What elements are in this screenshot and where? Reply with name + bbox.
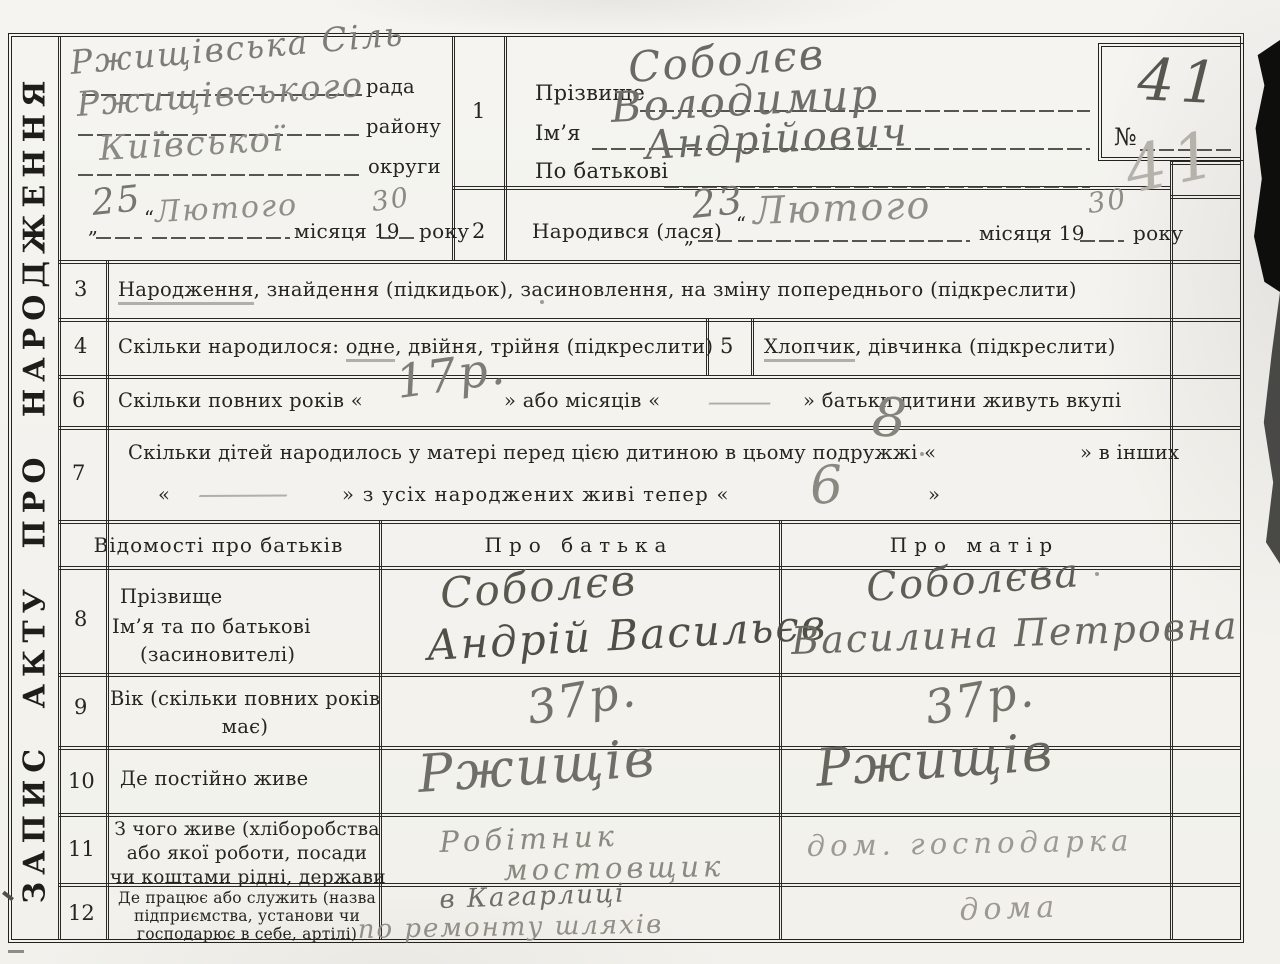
registry-date-year-rule	[380, 237, 414, 239]
registry-okruha-handwriting: Київської	[98, 119, 286, 169]
row10-number: 10	[68, 769, 95, 793]
speck-2	[540, 300, 544, 304]
row3-text-rest: , знайдення (підкидьок), засиновлення, н…	[254, 278, 1077, 301]
registry-line-3-rule	[78, 174, 362, 176]
row7-value1-handwriting: 8	[870, 385, 911, 450]
row6-number: 6	[72, 388, 85, 412]
registry-date-day-rule	[96, 237, 142, 239]
registry-line-2-label: району	[366, 115, 441, 138]
row10-label: Де постійно живе	[120, 767, 308, 790]
act-number-handwriting: 41	[1136, 45, 1225, 117]
row8-bottom-separator	[58, 673, 1240, 677]
row12-number-divider-right	[504, 37, 507, 260]
row12-father-workplace-line1-handwriting: в Кагарлиці	[439, 879, 626, 915]
row9-number: 9	[74, 695, 87, 719]
row9-label-line2: має)	[110, 715, 380, 738]
row8-number: 8	[74, 607, 87, 631]
scanned-birth-record: ЗАПИС АКТУ ПРО НАРОДЖЕННЯ Ржищівська Сіл…	[0, 0, 1280, 964]
torn-edge-artifact-middle	[1262, 292, 1280, 564]
birthdate-close-quote: “	[736, 213, 746, 236]
birthdate-year-rule	[1080, 240, 1124, 242]
row6-months-dash-handwriting: —	[706, 385, 778, 418]
parents-header-mother: Про матір	[779, 533, 1170, 557]
row7-bottom-separator	[58, 520, 1240, 524]
birthdate-year-handwriting: 30	[1085, 182, 1129, 220]
number-column-divider	[106, 260, 109, 939]
birthdate-month-rule	[738, 240, 970, 242]
speck-3	[1095, 572, 1099, 576]
row6-bottom-separator	[58, 426, 1240, 430]
row7-text-4: » з усіх народжених живі тепер «	[342, 483, 730, 506]
row4-number: 4	[74, 334, 87, 358]
row7-text-2: » в інших	[1080, 441, 1179, 464]
speck-4	[920, 452, 924, 456]
row8-father-surname-handwriting: Соболєв	[439, 555, 639, 618]
registry-line-3-label: округи	[368, 155, 441, 178]
row10-bottom-separator	[58, 813, 1240, 817]
birthdate-mid-label: місяця 19	[979, 221, 1085, 245]
registry-date-mid-label: місяця 19	[294, 219, 400, 243]
side-title: ЗАПИС АКТУ ПРО НАРОДЖЕННЯ	[12, 37, 58, 939]
row45-bottom-separator	[58, 375, 1240, 379]
parents-header-info: Відомості про батьків	[58, 533, 379, 557]
row2-bottom-separator	[58, 260, 1240, 264]
row5-text-rest: , дівчинка (підкреслити)	[855, 335, 1115, 358]
row12-number: 12	[68, 901, 95, 925]
row5-text: Хлопчик, дівчинка (підкреслити)	[764, 335, 1116, 358]
row7-text-3: «	[158, 483, 170, 506]
row8-label-line1: Прізвище	[120, 585, 222, 608]
registry-date-close-quote: “	[144, 207, 154, 230]
row7-number: 7	[72, 461, 85, 485]
birthdate-day-rule	[698, 240, 732, 242]
parents-col2-divider	[779, 520, 782, 939]
row3-bottom-separator	[58, 318, 1240, 322]
form-frame: ЗАПИС АКТУ ПРО НАРОДЖЕННЯ Ржищівська Сіл…	[8, 33, 1244, 943]
row11-label-line1: З чого живе (хліборобства	[110, 819, 384, 840]
row5-cell-divider-right	[751, 318, 754, 375]
row3-underlined-word: Народження	[118, 278, 254, 305]
row12-label-line2: підприємства, установи чи	[110, 907, 384, 925]
row8-label-line3: (засиновителі)	[140, 643, 295, 666]
row3-text: Народження, знайдення (підкидьок), засин…	[118, 278, 1077, 301]
row10-father-residence-handwriting: Ржищів	[416, 729, 658, 805]
row12-mother-workplace-handwriting: дома	[959, 890, 1060, 928]
row6-text-3: » батьки дитини живуть вкупі	[803, 389, 1122, 412]
row10-mother-residence-handwriting: Ржищів	[814, 723, 1056, 799]
row7-value3-handwriting: 6	[808, 455, 847, 517]
row11-number: 11	[68, 837, 95, 861]
row11-label-line2: або якої роботи, посади	[110, 843, 384, 864]
row11-label-line3: чи коштами рідні, держави	[110, 867, 384, 888]
right-margin-column-divider	[1170, 161, 1173, 939]
row4-underlined-word: одне	[346, 335, 395, 362]
row12-father-workplace-line2-handwriting: по ремонту шляхів	[357, 910, 663, 945]
row1-number: 1	[472, 99, 485, 123]
birthdate-month-handwriting: Лютого	[752, 183, 932, 233]
registry-date-year-handwriting: 30	[370, 182, 412, 218]
registry-line-1-label: рада	[366, 75, 415, 98]
row3-number: 3	[74, 277, 87, 301]
side-column-divider	[58, 37, 61, 939]
row9-label-line1: Вік (скільки повних років	[110, 687, 380, 710]
registry-date-month-handwriting: Лютого	[154, 188, 299, 230]
row2-number: 2	[472, 219, 485, 243]
row4-text-pre: Скільки народилося:	[118, 335, 346, 358]
speck-1	[742, 150, 746, 154]
parents-header-father: Про батька	[379, 533, 779, 557]
torn-edge-artifact-top	[1254, 40, 1280, 292]
row12-label-line3: господарює в себе, артілі)	[110, 925, 384, 943]
registry-date-end-label: року	[419, 219, 469, 243]
row6-text-1: Скільки повних років «	[118, 389, 363, 412]
row7-value2-dash-handwriting: —	[194, 476, 298, 512]
registry-date-day-handwriting: 25	[90, 178, 144, 224]
birthdate-end-label: року	[1133, 221, 1183, 245]
row6-text-2: » або місяців «	[504, 389, 660, 412]
row11-mother-occupation-handwriting: дом. господарка	[806, 823, 1133, 863]
row7-text-5: »	[928, 483, 940, 506]
row12-label-line1: Де працює або служить (назва	[110, 889, 384, 907]
row8-mother-surname-handwriting: Соболєва	[865, 550, 1082, 611]
name-label: Ім’я	[535, 121, 581, 145]
row5-number: 5	[720, 334, 733, 358]
registry-date-month-rule	[152, 237, 290, 239]
row8-label-line2: Ім’я та по батькові	[112, 615, 311, 638]
side-title-text: ЗАПИС АКТУ ПРО НАРОДЖЕННЯ	[18, 73, 53, 903]
smudge-bottom-left	[8, 950, 24, 953]
birthdate-open-quote: „	[684, 225, 694, 248]
row5-underlined-word: Хлопчик	[764, 335, 855, 362]
